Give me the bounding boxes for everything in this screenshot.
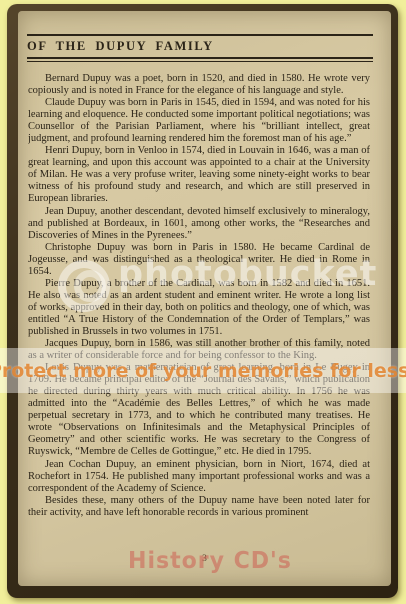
photobucket-watermark: photobucket [58,258,403,316]
header-rule-bottom-thick [27,57,373,59]
paragraph: Bernard Dupuy was a poet, born in 1520, … [28,73,370,97]
promo-banner-text: Protect more of your memories for less! [0,360,406,382]
scanned-book-photo: { "document": { "header_title": "OF THE … [0,0,406,604]
inner-ring-icon [74,270,106,302]
paragraph: Besides these, many others of the Dupuy … [28,495,370,519]
paragraph: Jean Dupuy, another descendant, devoted … [28,206,370,242]
paragraph: Jean Cochan Dupuy, an eminent physician,… [28,459,370,495]
page-title: OF THE DUPUY FAMILY [27,39,373,54]
paragraph: Henri Dupuy, born in Venloo in 1574, die… [28,145,370,205]
photobucket-rings-icon [58,260,114,312]
paragraph: Claude Dupuy was born in Paris in 1545, … [28,97,370,145]
header-rule-bottom-thin [27,61,373,62]
seller-watermark: History CD's [128,548,292,574]
photobucket-logo-text: photobucket [118,254,377,294]
promo-banner: Protect more of your memories for less! [0,348,406,393]
header-rule-top [27,34,373,36]
